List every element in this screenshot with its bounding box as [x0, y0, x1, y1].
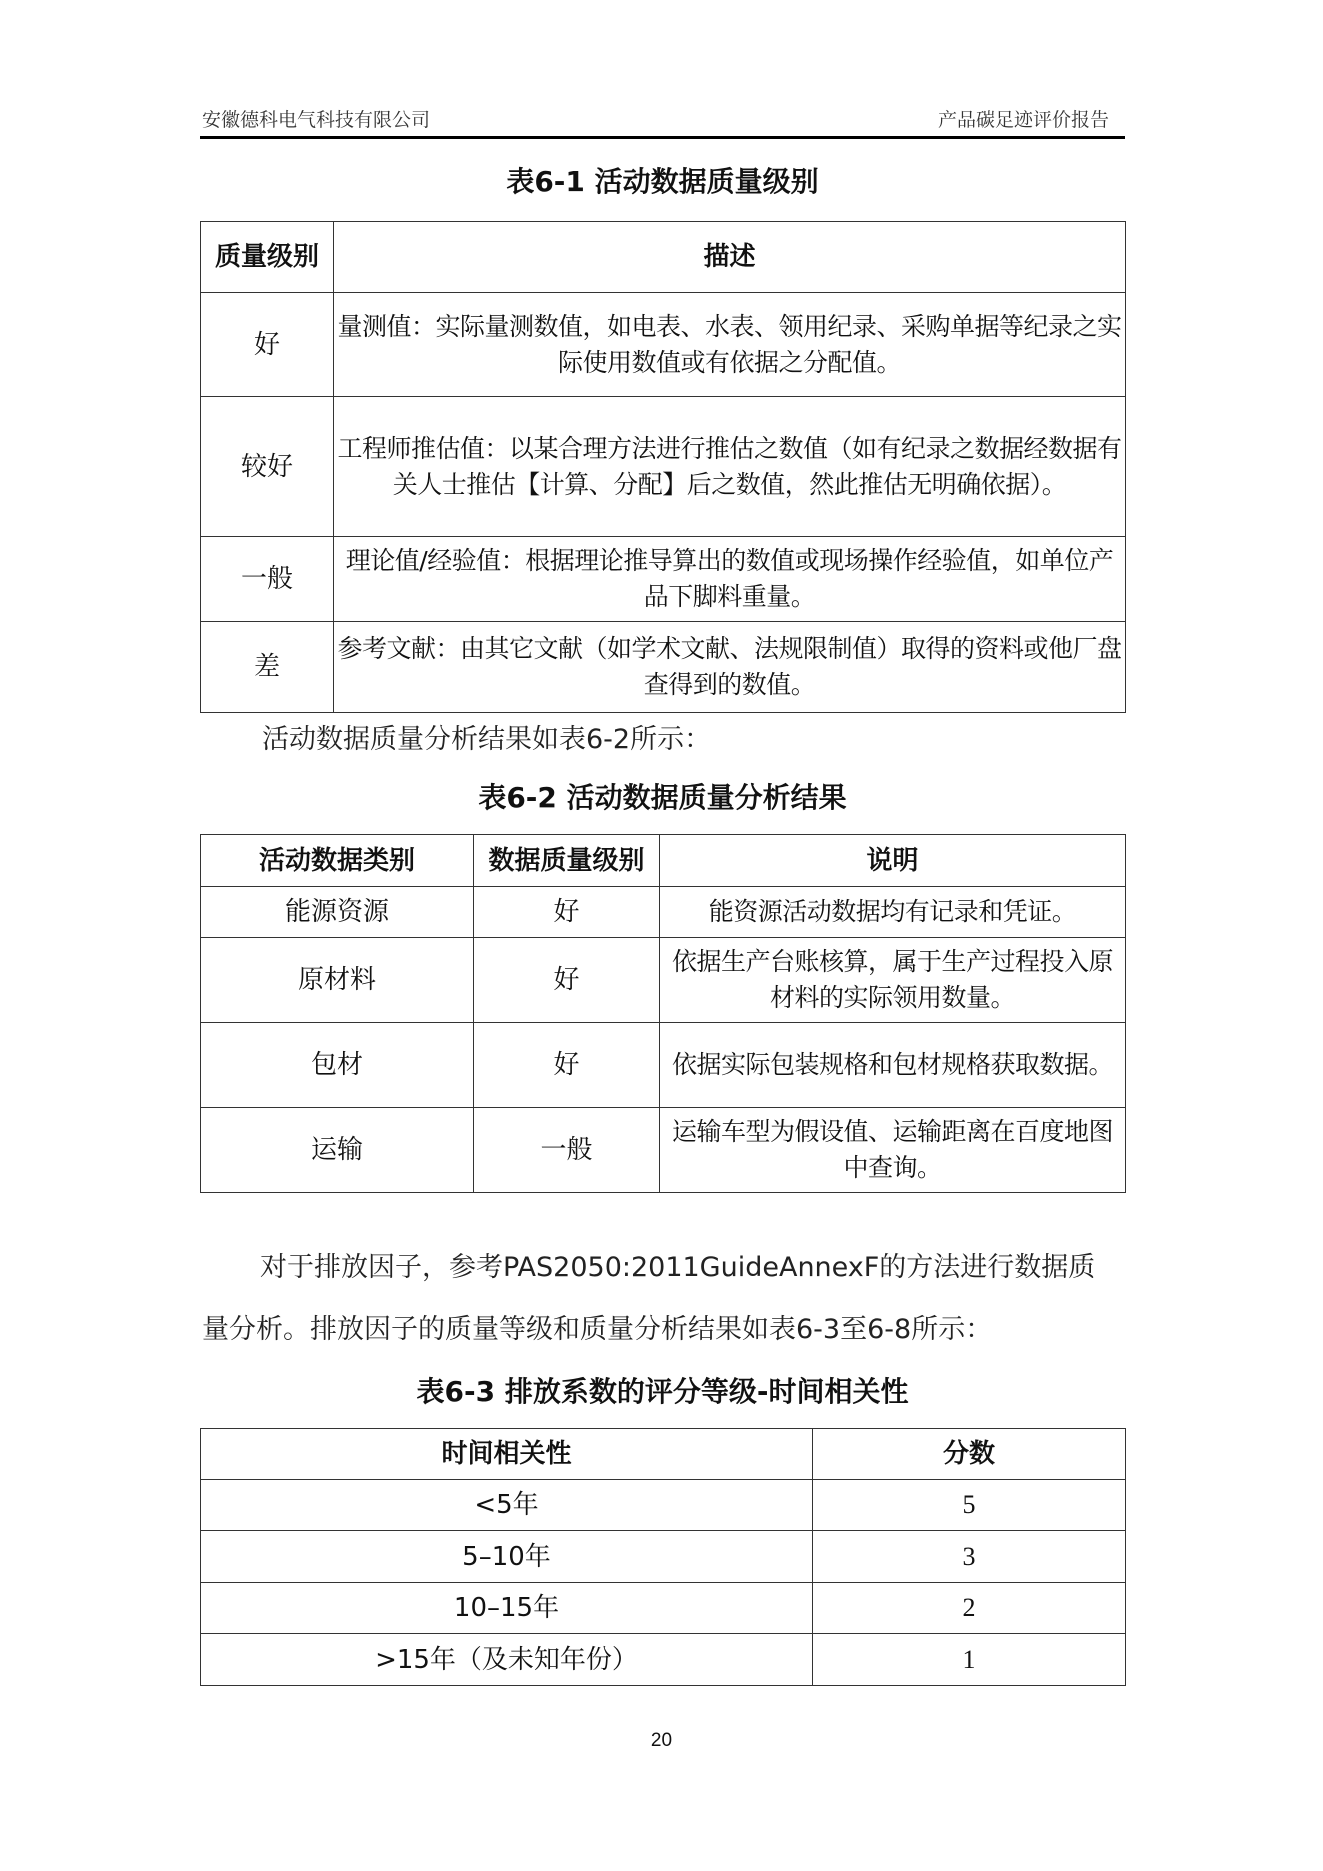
description-cell: 工程师推估值：以某合理方法进行推估之数值（如有纪录之数据经数据有关人士推估【计算… [334, 397, 1126, 537]
column-header: 分数 [813, 1429, 1126, 1480]
quality-level-cell: 好 [474, 1023, 660, 1108]
table-row: 运输 一般 运输车型为假设值、运输距离在百度地图中查询。 [201, 1108, 1126, 1193]
table-row: 包材 好 依据实际包装规格和包材规格获取数据。 [201, 1023, 1126, 1108]
header-company: 安徽德科电气科技有限公司 [202, 110, 430, 132]
table-row: 能源资源 好 能资源活动数据均有记录和凭证。 [201, 887, 1126, 938]
column-header: 数据质量级别 [474, 835, 660, 887]
page-number: 20 [0, 1730, 1323, 1752]
table-header-row: 质量级别 描述 [201, 222, 1126, 293]
description-cell: 理论值/经验值：根据理论推导算出的数值或现场操作经验值，如单位产品下脚料重量。 [334, 537, 1126, 622]
description-cell: 参考文献：由其它文献（如学术文献、法规限制值）取得的资料或他厂盘查得到的数值。 [334, 622, 1126, 713]
table-row: 好 量测值：实际量测数值，如电表、水表、领用纪录、采购单据等纪录之实际使用数值或… [201, 293, 1126, 397]
quality-level-cell: 一般 [201, 537, 334, 622]
time-range-cell: <5年 [201, 1480, 813, 1531]
quality-level-cell: 一般 [474, 1108, 660, 1193]
paragraph-emission-factor-line2: 量分析。排放因子的质量等级和质量分析结果如表6-3至6-8所示： [202, 1313, 992, 1347]
time-range-cell: 5–10年 [201, 1531, 813, 1583]
column-header: 时间相关性 [201, 1429, 813, 1480]
table-header-row: 时间相关性 分数 [201, 1429, 1126, 1480]
table3-title: 表6-3 排放系数的评分等级-时间相关性 [200, 1375, 1125, 1409]
note-cell: 运输车型为假设值、运输距离在百度地图中查询。 [660, 1108, 1126, 1193]
category-cell: 原材料 [201, 938, 474, 1023]
table2-title: 表6-2 活动数据质量分析结果 [200, 781, 1125, 815]
column-header: 说明 [660, 835, 1126, 887]
quality-level-cell: 较好 [201, 397, 334, 537]
table-activity-data-quality-levels: 质量级别 描述 好 量测值：实际量测数值，如电表、水表、领用纪录、采购单据等纪录… [200, 221, 1126, 713]
table-row: >15年（及未知年份） 1 [201, 1634, 1126, 1686]
paragraph-emission-factor-line1: 对于排放因子，参考PAS2050:2011GuideAnnexF的方法进行数据质 [260, 1251, 1095, 1285]
table-row: <5年 5 [201, 1480, 1126, 1531]
quality-level-cell: 好 [474, 887, 660, 938]
table-header-row: 活动数据类别 数据质量级别 说明 [201, 835, 1126, 887]
table-row: 差 参考文献：由其它文献（如学术文献、法规限制值）取得的资料或他厂盘查得到的数值… [201, 622, 1126, 713]
paragraph-table2-intro: 活动数据质量分析结果如表6-2所示： [262, 723, 711, 757]
note-cell: 能资源活动数据均有记录和凭证。 [660, 887, 1126, 938]
score-cell: 2 [813, 1583, 1126, 1634]
time-range-cell: >15年（及未知年份） [201, 1634, 813, 1686]
header-report-title: 产品碳足迹评价报告 [938, 110, 1109, 132]
table-row: 10–15年 2 [201, 1583, 1126, 1634]
table-row: 原材料 好 依据生产台账核算，属于生产过程投入原材料的实际领用数量。 [201, 938, 1126, 1023]
table-row: 一般 理论值/经验值：根据理论推导算出的数值或现场操作经验值，如单位产品下脚料重… [201, 537, 1126, 622]
column-header: 质量级别 [201, 222, 334, 293]
table-activity-data-quality-analysis: 活动数据类别 数据质量级别 说明 能源资源 好 能资源活动数据均有记录和凭证。 … [200, 834, 1126, 1193]
category-cell: 运输 [201, 1108, 474, 1193]
score-cell: 1 [813, 1634, 1126, 1686]
category-cell: 包材 [201, 1023, 474, 1108]
time-range-cell: 10–15年 [201, 1583, 813, 1634]
quality-level-cell: 差 [201, 622, 334, 713]
table-row: 5–10年 3 [201, 1531, 1126, 1583]
quality-level-cell: 好 [201, 293, 334, 397]
category-cell: 能源资源 [201, 887, 474, 938]
description-cell: 量测值：实际量测数值，如电表、水表、领用纪录、采购单据等纪录之实际使用数值或有依… [334, 293, 1126, 397]
header-divider [200, 136, 1125, 139]
note-cell: 依据实际包装规格和包材规格获取数据。 [660, 1023, 1126, 1108]
quality-level-cell: 好 [474, 938, 660, 1023]
table1-title: 表6-1 活动数据质量级别 [200, 165, 1125, 199]
score-cell: 5 [813, 1480, 1126, 1531]
column-header: 描述 [334, 222, 1126, 293]
table-row: 较好 工程师推估值：以某合理方法进行推估之数值（如有纪录之数据经数据有关人士推估… [201, 397, 1126, 537]
note-cell: 依据生产台账核算，属于生产过程投入原材料的实际领用数量。 [660, 938, 1126, 1023]
score-cell: 3 [813, 1531, 1126, 1583]
table-emission-factor-time-correlation: 时间相关性 分数 <5年 5 5–10年 3 10–15年 2 >15年（及未知… [200, 1428, 1126, 1686]
column-header: 活动数据类别 [201, 835, 474, 887]
